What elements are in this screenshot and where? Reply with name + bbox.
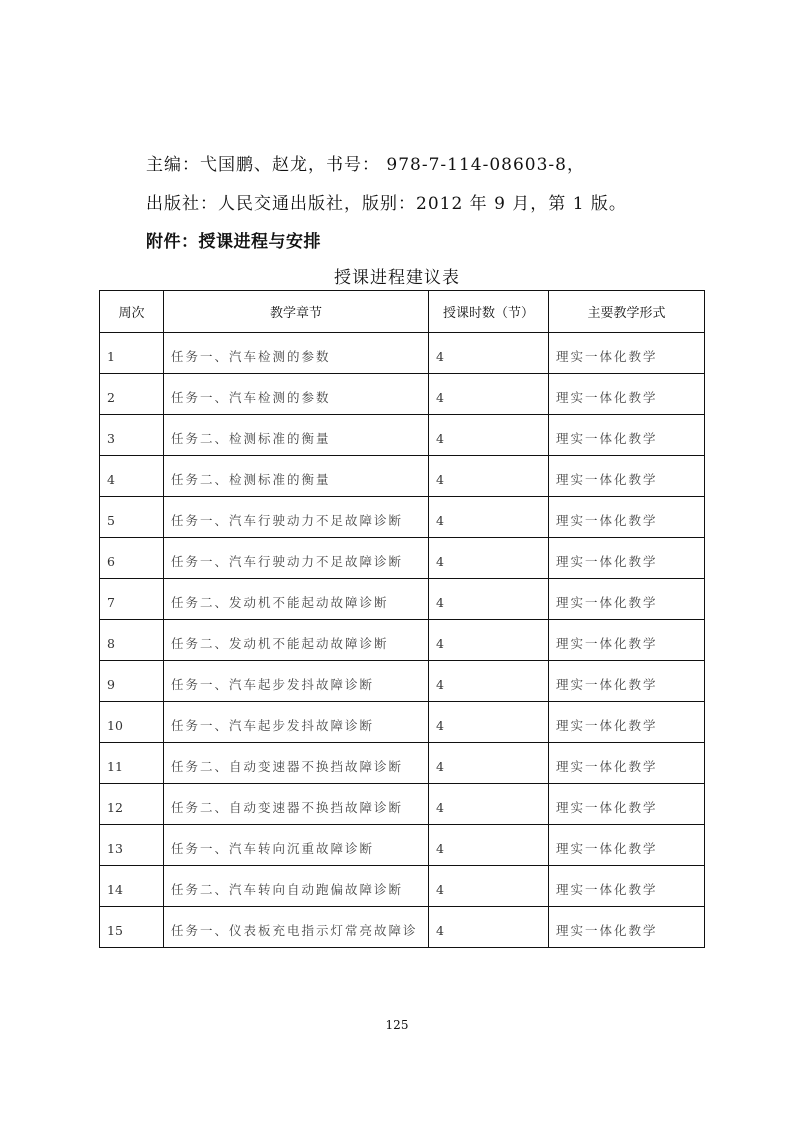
table-row: 14任务二、汽车转向自动跑偏故障诊断4理实一体化教学: [100, 866, 705, 907]
table-row: 9任务一、汽车起步发抖故障诊断4理实一体化教学: [100, 661, 705, 702]
hours-cell: 4: [429, 456, 549, 497]
table-row: 3任务二、检测标准的衡量4理实一体化教学: [100, 415, 705, 456]
header-hours: 授课时数（节）: [429, 291, 549, 333]
chapter-cell: 任务二、汽车转向自动跑偏故障诊断: [164, 866, 429, 907]
publisher-line: 出版社：人民交通出版社，版别：2012 年 9 月，第 1 版。: [146, 189, 627, 214]
table-row: 15任务一、仪表板充电指示灯常亮故障诊4理实一体化教学: [100, 907, 705, 948]
week-cell: 5: [100, 497, 164, 538]
hours-cell: 4: [429, 784, 549, 825]
chapter-cell: 任务二、检测标准的衡量: [164, 456, 429, 497]
chapter-cell: 任务二、发动机不能起动故障诊断: [164, 579, 429, 620]
chapter-cell: 任务二、检测标准的衡量: [164, 415, 429, 456]
header-chapter: 教学章节: [164, 291, 429, 333]
form-cell: 理实一体化教学: [549, 907, 705, 948]
week-cell: 3: [100, 415, 164, 456]
form-cell: 理实一体化教学: [549, 825, 705, 866]
week-cell: 13: [100, 825, 164, 866]
form-cell: 理实一体化教学: [549, 497, 705, 538]
form-cell: 理实一体化教学: [549, 579, 705, 620]
week-cell: 14: [100, 866, 164, 907]
week-cell: 15: [100, 907, 164, 948]
chapter-cell: 任务一、汽车转向沉重故障诊断: [164, 825, 429, 866]
hours-cell: 4: [429, 620, 549, 661]
table-row: 12任务二、自动变速器不换挡故障诊断4理实一体化教学: [100, 784, 705, 825]
table-row: 1任务一、汽车检测的参数4理实一体化教学: [100, 333, 705, 374]
week-cell: 8: [100, 620, 164, 661]
week-cell: 1: [100, 333, 164, 374]
table-header-row: 周次 教学章节 授课时数（节） 主要教学形式: [100, 291, 705, 333]
week-cell: 7: [100, 579, 164, 620]
form-cell: 理实一体化教学: [549, 743, 705, 784]
hours-cell: 4: [429, 661, 549, 702]
form-cell: 理实一体化教学: [549, 415, 705, 456]
form-cell: 理实一体化教学: [549, 784, 705, 825]
table-row: 2任务一、汽车检测的参数4理实一体化教学: [100, 374, 705, 415]
chapter-cell: 任务一、汽车起步发抖故障诊断: [164, 702, 429, 743]
hours-cell: 4: [429, 579, 549, 620]
table-caption: 授课进程建议表: [0, 263, 794, 288]
hours-cell: 4: [429, 333, 549, 374]
hours-cell: 4: [429, 538, 549, 579]
form-cell: 理实一体化教学: [549, 333, 705, 374]
form-cell: 理实一体化教学: [549, 374, 705, 415]
table-row: 7任务二、发动机不能起动故障诊断4理实一体化教学: [100, 579, 705, 620]
chapter-cell: 任务一、汽车行驶动力不足故障诊断: [164, 497, 429, 538]
form-cell: 理实一体化教学: [549, 538, 705, 579]
hours-cell: 4: [429, 497, 549, 538]
page-number: 125: [0, 1018, 794, 1032]
week-cell: 6: [100, 538, 164, 579]
header-week: 周次: [100, 291, 164, 333]
chapter-cell: 任务二、自动变速器不换挡故障诊断: [164, 743, 429, 784]
form-cell: 理实一体化教学: [549, 661, 705, 702]
week-cell: 2: [100, 374, 164, 415]
chapter-cell: 任务二、发动机不能起动故障诊断: [164, 620, 429, 661]
form-cell: 理实一体化教学: [549, 456, 705, 497]
schedule-table: 周次 教学章节 授课时数（节） 主要教学形式 1任务一、汽车检测的参数4理实一体…: [99, 290, 705, 948]
hours-cell: 4: [429, 743, 549, 784]
chapter-cell: 任务一、汽车检测的参数: [164, 333, 429, 374]
week-cell: 12: [100, 784, 164, 825]
hours-cell: 4: [429, 374, 549, 415]
hours-cell: 4: [429, 907, 549, 948]
week-cell: 11: [100, 743, 164, 784]
hours-cell: 4: [429, 415, 549, 456]
form-cell: 理实一体化教学: [549, 702, 705, 743]
table-row: 5任务一、汽车行驶动力不足故障诊断4理实一体化教学: [100, 497, 705, 538]
hours-cell: 4: [429, 866, 549, 907]
header-form: 主要教学形式: [549, 291, 705, 333]
table-row: 6任务一、汽车行驶动力不足故障诊断4理实一体化教学: [100, 538, 705, 579]
table-row: 8任务二、发动机不能起动故障诊断4理实一体化教学: [100, 620, 705, 661]
chapter-cell: 任务一、汽车检测的参数: [164, 374, 429, 415]
table-row: 10任务一、汽车起步发抖故障诊断4理实一体化教学: [100, 702, 705, 743]
table-row: 13任务一、汽车转向沉重故障诊断4理实一体化教学: [100, 825, 705, 866]
week-cell: 10: [100, 702, 164, 743]
form-cell: 理实一体化教学: [549, 866, 705, 907]
hours-cell: 4: [429, 702, 549, 743]
chapter-cell: 任务一、仪表板充电指示灯常亮故障诊: [164, 907, 429, 948]
hours-cell: 4: [429, 825, 549, 866]
week-cell: 4: [100, 456, 164, 497]
editor-isbn-line: 主编：弋国鹏、赵龙，书号： 978-7-114-08603-8，: [146, 150, 585, 175]
chapter-cell: 任务一、汽车起步发抖故障诊断: [164, 661, 429, 702]
form-cell: 理实一体化教学: [549, 620, 705, 661]
appendix-heading: 附件：授课进程与安排: [146, 227, 321, 252]
chapter-cell: 任务一、汽车行驶动力不足故障诊断: [164, 538, 429, 579]
chapter-cell: 任务二、自动变速器不换挡故障诊断: [164, 784, 429, 825]
table-row: 11任务二、自动变速器不换挡故障诊断4理实一体化教学: [100, 743, 705, 784]
table-row: 4任务二、检测标准的衡量4理实一体化教学: [100, 456, 705, 497]
week-cell: 9: [100, 661, 164, 702]
